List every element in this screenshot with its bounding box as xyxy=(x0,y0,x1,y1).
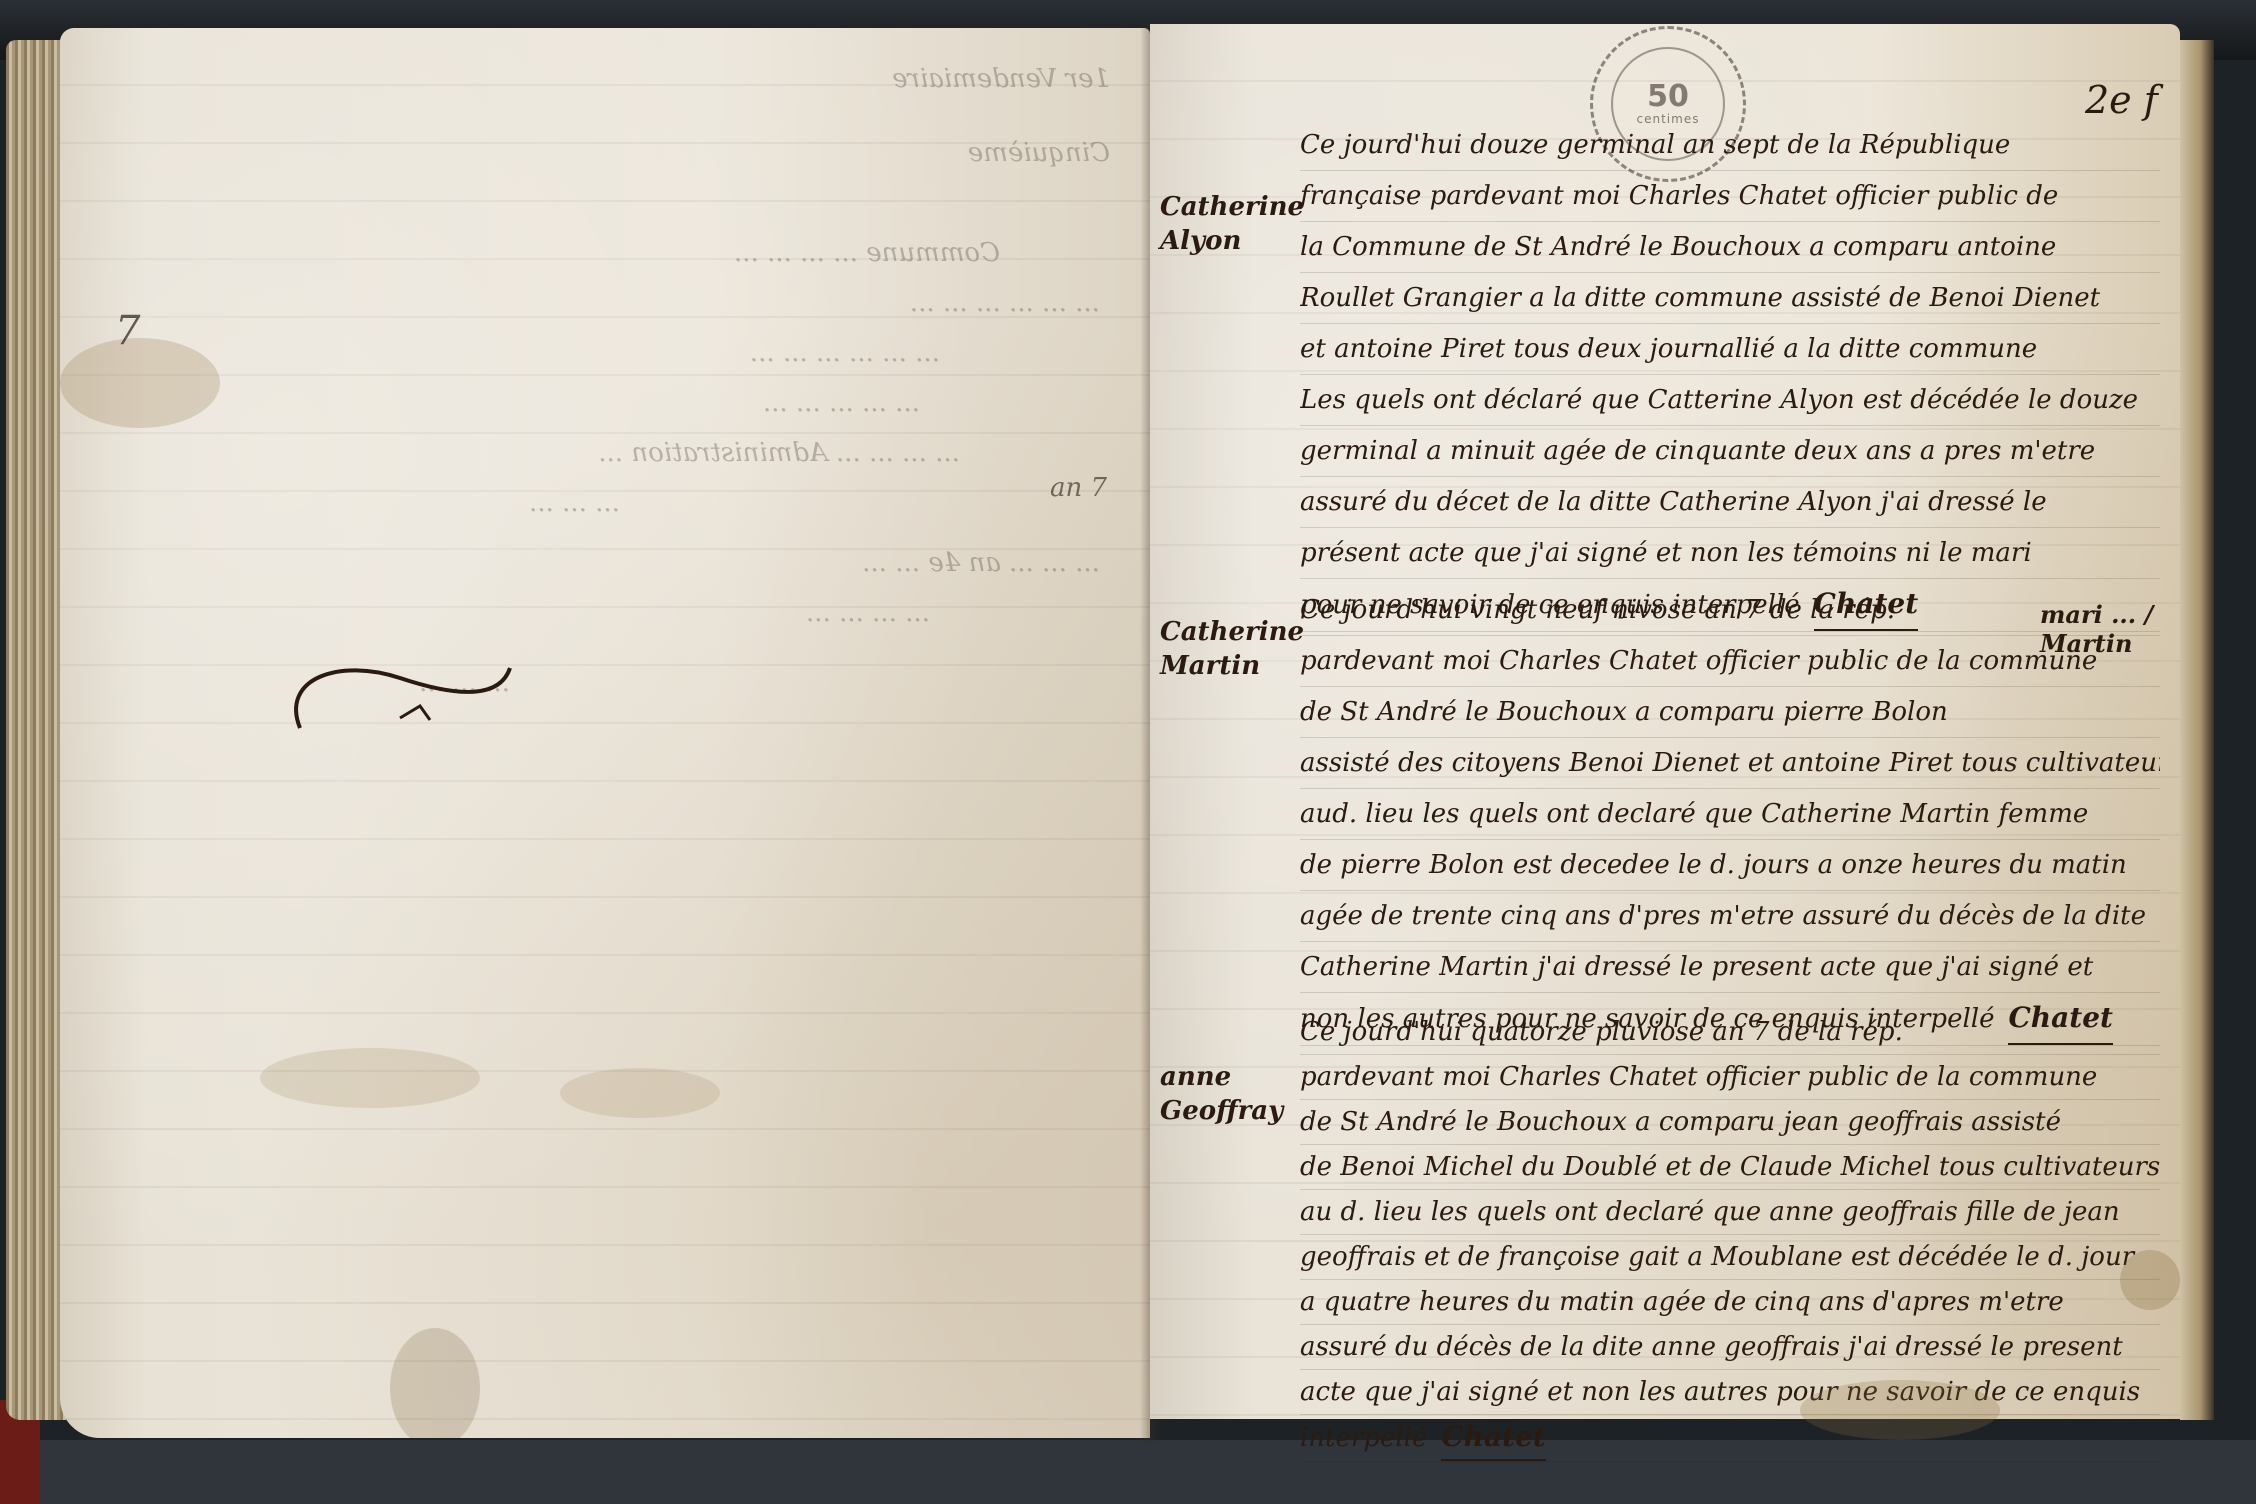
margin-name-first: Catherine xyxy=(1160,190,1280,224)
entry-line: Les quels ont déclaré que Catterine Alyo… xyxy=(1300,375,2160,426)
stain xyxy=(260,1048,480,1108)
entry-line: Roullet Grangier a la ditte commune assi… xyxy=(1300,273,2160,324)
entry-line: de St André le Bouchoux a comparu pierre… xyxy=(1300,687,2160,738)
entry-line: française pardevant moi Charles Chatet o… xyxy=(1300,171,2160,222)
entry-body: Ce jourd'hui vingt neuf nivose an 7 de l… xyxy=(1300,585,2160,1046)
bleed-line: ... ... ... xyxy=(529,488,620,518)
bleed-line: ... ... ... ... Administration ... xyxy=(598,438,960,468)
photo-scene: 1er Vendemiaire Cinquième Commune ... ..… xyxy=(0,0,2256,1504)
entry-line: assuré du décet de la ditte Catherine Al… xyxy=(1300,477,2160,528)
page-edges-left xyxy=(6,40,66,1420)
entry-line-last: interpelléChatet xyxy=(1300,1415,2160,1462)
margin-mark: an 7 xyxy=(1050,473,1107,503)
stain xyxy=(1800,1380,2000,1440)
entry-line: a quatre heures du matin agée de cinq an… xyxy=(1300,1280,2160,1325)
entry-line: Ce jourd'hui douze germinal an sept de l… xyxy=(1300,120,2160,171)
entry-line: et antoine Piret tous deux journallié a … xyxy=(1300,324,2160,375)
entry-line: la Commune de St André le Bouchoux a com… xyxy=(1300,222,2160,273)
margin-note: mari ... / Martin xyxy=(2040,600,2160,658)
entry-line: Catherine Martin j'ai dressé le present … xyxy=(1300,942,2160,993)
bleed-line: Cinquième xyxy=(968,138,1110,168)
entry-line: geoffrais et de françoise gait a Moublan… xyxy=(1300,1235,2160,1280)
flourish-icon xyxy=(280,638,520,748)
entry-line-text: interpellé xyxy=(1300,1423,1427,1453)
entry-line: acte que j'ai signé et non les autres po… xyxy=(1300,1370,2160,1415)
folio-number: 2e f xyxy=(2085,78,2158,122)
margin-name-last: Martin xyxy=(1160,649,1280,683)
entry-line: pardevant moi Charles Chatet officier pu… xyxy=(1300,1055,2160,1100)
entry-margin-name: Catherine Alyon xyxy=(1160,190,1280,258)
entry-line: de pierre Bolon est decedee le d. jours … xyxy=(1300,840,2160,891)
entry-line: de Benoi Michel du Doublé et de Claude M… xyxy=(1300,1145,2160,1190)
entry-line: Ce jourd'hui vingt neuf nivose an 7 de l… xyxy=(1300,585,2160,636)
entry-body: Ce jourd'hui quatorze pluviose an 7 de l… xyxy=(1300,1010,2160,1462)
entry-line: agée de trente cinq ans d'pres m'etre as… xyxy=(1300,891,2160,942)
bleed-line: ... ... ... ... xyxy=(806,598,930,628)
entry-line: assuré du décès de la dite anne geoffrai… xyxy=(1300,1325,2160,1370)
entry-margin-name: Catherine Martin xyxy=(1160,615,1280,683)
stain xyxy=(390,1328,480,1438)
entry-line: assisté des citoyens Benoi Dienet et ant… xyxy=(1300,738,2160,789)
entry-line: de St André le Bouchoux a comparu jean g… xyxy=(1300,1100,2160,1145)
entry-line: pardevant moi Charles Chatet officier pu… xyxy=(1300,636,2160,687)
entry-margin-name: anne Geoffray xyxy=(1160,1060,1280,1128)
stain xyxy=(2120,1250,2180,1310)
stain xyxy=(560,1068,720,1118)
bleed-line: 1er Vendemiaire xyxy=(892,64,1110,94)
margin-name-last: Alyon xyxy=(1160,224,1280,258)
bleed-line: Commune ... ... ... ... xyxy=(734,238,1000,268)
left-page: 1er Vendemiaire Cinquième Commune ... ..… xyxy=(60,28,1150,1438)
page-edges-right xyxy=(2180,40,2214,1420)
bleed-line: ... ... ... ... ... ... xyxy=(750,338,940,368)
margin-name-first: Catherine xyxy=(1160,615,1280,649)
bleed-line: ... ... ... ... ... xyxy=(763,388,920,418)
margin-mark: 7 xyxy=(115,308,140,354)
stamp-value: 50 xyxy=(1647,82,1689,112)
entry-body: Ce jourd'hui douze germinal an sept de l… xyxy=(1300,120,2160,632)
entry-line: au d. lieu les quels ont declaré que ann… xyxy=(1300,1190,2160,1235)
entry-line: Ce jourd'hui quatorze pluviose an 7 de l… xyxy=(1300,1010,2160,1055)
bleed-line: ... ... ... ... ... ... xyxy=(910,288,1100,318)
entry-line: aud. lieu les quels ont declaré que Cath… xyxy=(1300,789,2160,840)
margin-name-last: Geoffray xyxy=(1160,1094,1280,1128)
bleed-line: ... ... ... an 4e ... ... xyxy=(862,548,1100,578)
officer-signature: Chatet xyxy=(1441,1415,1545,1461)
entry-line: germinal a minuit agée de cinquante deux… xyxy=(1300,426,2160,477)
margin-name-first: anne xyxy=(1160,1060,1280,1094)
entry-line: présent acte que j'ai signé et non les t… xyxy=(1300,528,2160,579)
